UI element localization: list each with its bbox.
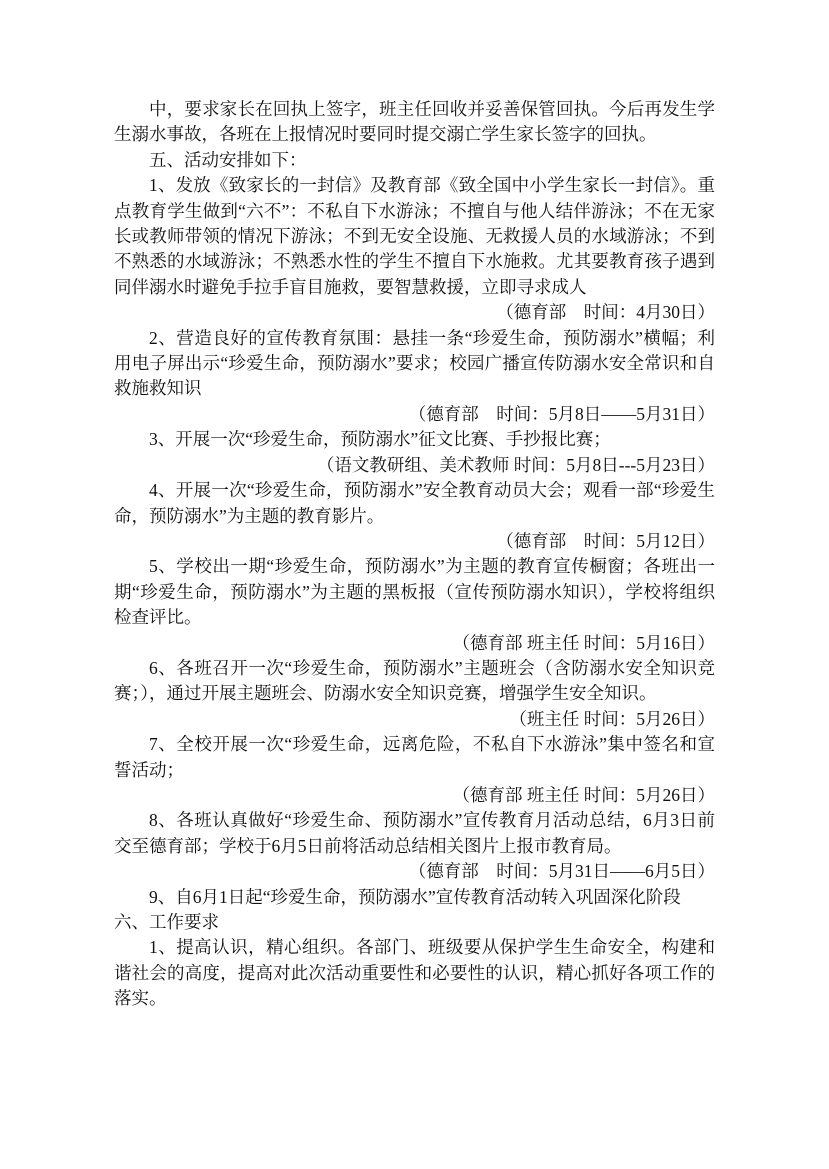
time-note-line: （班主任 时间：5月26日）	[114, 707, 715, 732]
paragraph: 1、提高认识，精心组织。各部门、班级要从保护学生生命安全，构建和谐社会的高度，提…	[114, 935, 715, 1011]
time-note-line: （德育部 班主任 时间：5月26日）	[114, 783, 715, 808]
time-note-line: （德育部 时间：5月8日——5月31日）	[114, 402, 715, 427]
paragraph: 中，要求家长在回执上签字，班主任回收并妥善保管回执。今后再发生学生溺水事故，各班…	[114, 97, 715, 148]
paragraph: 1、发放《致家长的一封信》及教育部《致全国中小学生家长一封信》。重点教育学生做到…	[114, 173, 715, 300]
paragraph: 4、开展一次“珍爱生命，预防溺水”安全教育动员大会；观看一部“珍爱生命，预防溺水…	[114, 478, 715, 529]
paragraph: 8、各班认真做好“珍爱生命、预防溺水”宣传教育月活动总结，6月3日前交至德育部；…	[114, 808, 715, 859]
time-note-line: （德育部 时间：5月12日）	[114, 529, 715, 554]
paragraph: 3、开展一次“珍爱生命，预防溺水”征文比赛、手抄报比赛；	[114, 427, 715, 452]
paragraph: 7、全校开展一次“珍爱生命，远离危险，不私自下水游泳”集中签名和宣誓活动；	[114, 732, 715, 783]
paragraph: 2、营造良好的宣传教育氛围：悬挂一条“珍爱生命，预防溺水”横幅；利用电子屏出示“…	[114, 326, 715, 402]
paragraph: 六、工作要求	[114, 910, 715, 935]
time-note-line: （德育部 时间：4月30日）	[114, 300, 715, 325]
time-note-line: （德育部 班主任 时间：5月16日）	[114, 631, 715, 656]
time-note-line: （德育部 时间：5月31日——6月5日）	[114, 859, 715, 884]
paragraph: 五、活动安排如下：	[114, 148, 715, 173]
paragraph: 6、各班召开一次“珍爱生命，预防溺水”主题班会（含防溺水安全知识竞赛；），通过开…	[114, 656, 715, 707]
paragraph: 9、自6月1日起“珍爱生命，预防溺水”宣传教育活动转入巩固深化阶段	[114, 885, 715, 910]
paragraph: 5、学校出一期“珍爱生命，预防溺水”为主题的教育宣传橱窗；各班出一期“珍爱生命，…	[114, 554, 715, 630]
time-note-line: （语文教研组、美术教师 时间：5月8日---5月23日）	[114, 453, 715, 478]
document-page: 中，要求家长在回执上签字，班主任回收并妥善保管回执。今后再发生学生溺水事故，各班…	[0, 0, 829, 1169]
